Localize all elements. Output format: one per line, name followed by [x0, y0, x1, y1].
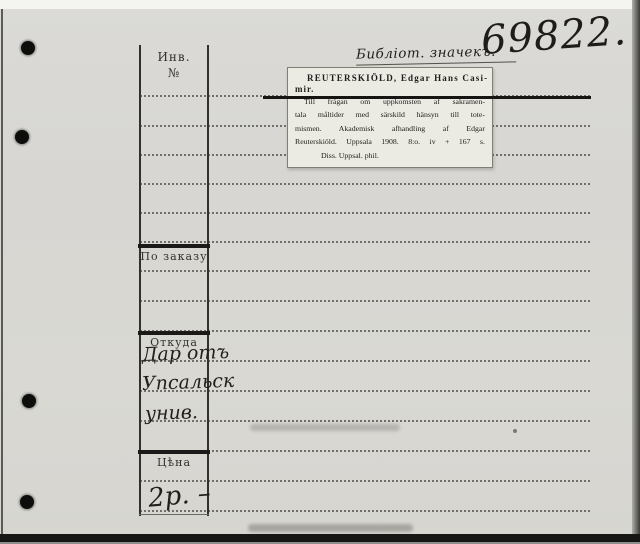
order-section-label: По заказу	[139, 250, 209, 263]
catalog-dissertation-note: Diss. Uppsal. phil.	[295, 149, 485, 162]
library-card-scan: Инв. № По заказу Откуда Цѣна Библіот. зн…	[0, 0, 640, 544]
scan-edge-right	[632, 0, 640, 544]
catalog-heading-line2: mir.	[295, 84, 485, 95]
origin-handwriting-line: Упсальск	[142, 370, 235, 395]
scan-edge-top	[0, 0, 640, 9]
pasted-catalog-slip: REUTERSKIÖLD, Edgar Hans Casi- mir. Till…	[287, 67, 493, 168]
catalog-body-line: tala måltider med särskild hänsyn till t…	[295, 108, 485, 121]
catalog-body-line: Reuterskiöld. Uppsala 1908. 8:o. iv + 16…	[295, 135, 485, 148]
origin-handwriting-line: Дар отъ	[142, 341, 230, 366]
scan-smudge	[248, 524, 413, 532]
origin-handwriting-line: унив.	[145, 401, 199, 425]
punch-hole	[20, 495, 34, 509]
punch-hole	[15, 130, 29, 144]
scan-edge-bottom	[0, 534, 640, 542]
section-divider	[138, 331, 210, 335]
price-handwriting: 2р. –	[147, 478, 212, 513]
section-divider	[138, 244, 210, 248]
author-heavy-rule	[263, 96, 591, 99]
library-mark-number: 69822.	[480, 8, 629, 64]
punch-hole	[21, 41, 35, 55]
punch-hole	[22, 394, 36, 408]
scan-speck	[513, 429, 517, 433]
scan-edge-left	[1, 9, 3, 544]
inventory-label-line1: Инв.	[139, 50, 209, 64]
catalog-body-line: mismen. Akademisk afhandling af Edgar	[295, 122, 485, 135]
column-bottom-rule	[139, 514, 209, 515]
section-divider	[138, 450, 210, 454]
column-right-rule	[207, 45, 209, 516]
catalog-heading-line1: REUTERSKIÖLD, Edgar Hans Casi-	[295, 73, 485, 84]
inventory-label-line2: №	[139, 66, 209, 80]
price-section-label: Цѣна	[139, 456, 209, 469]
scan-smudge	[250, 424, 400, 431]
column-left-rule	[139, 45, 141, 516]
